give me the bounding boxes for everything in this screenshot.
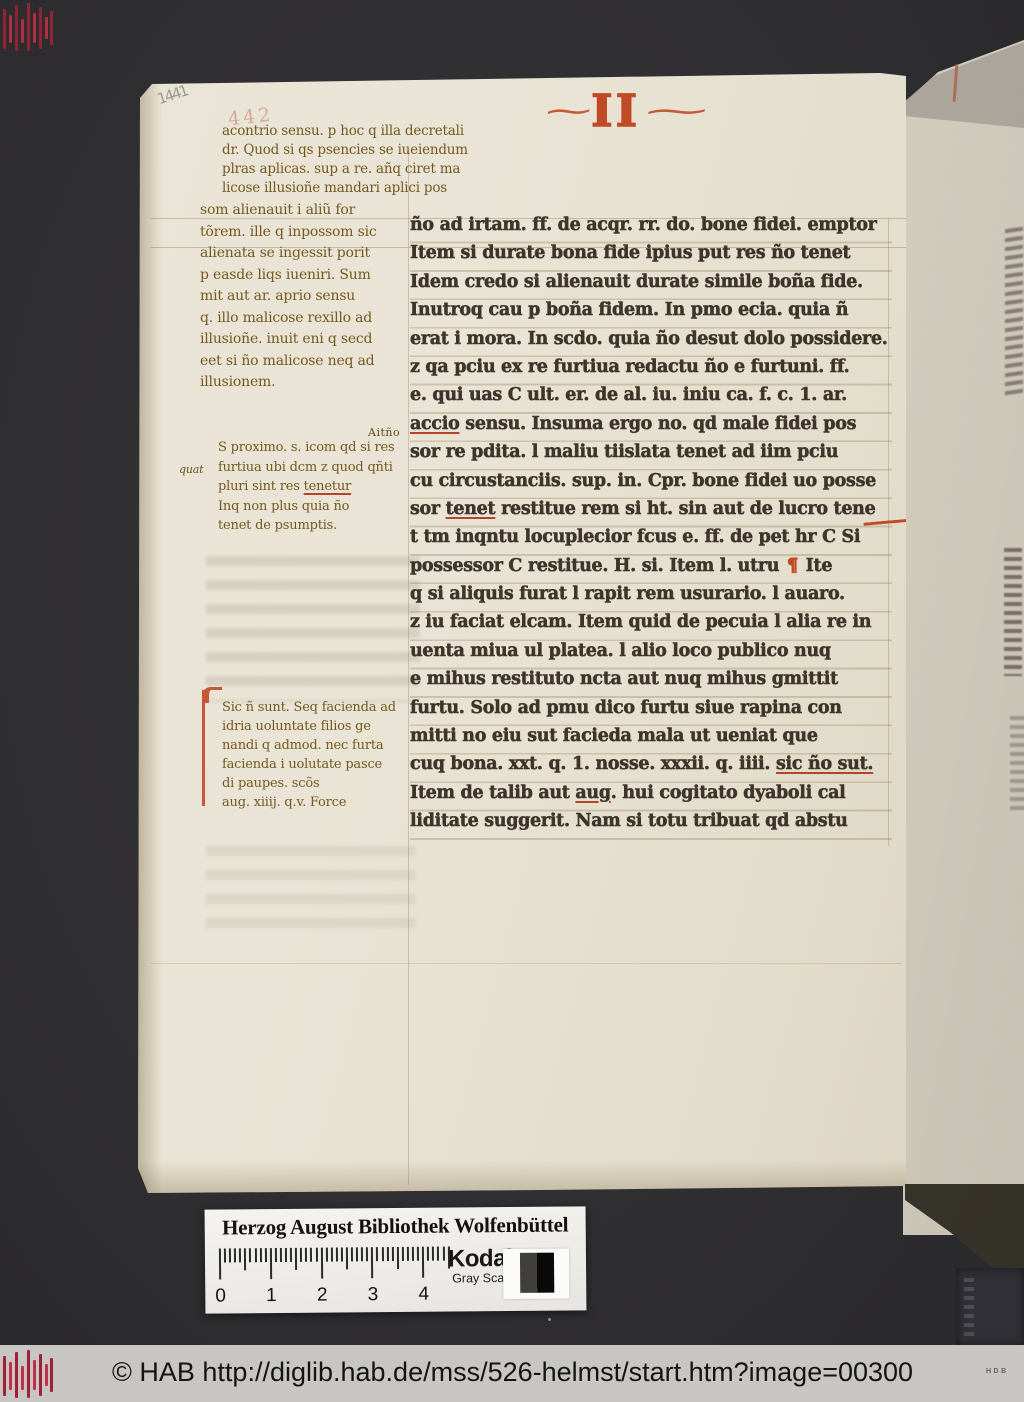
manuscript-text-line: eet si ño malicose neq ad bbox=[200, 351, 440, 373]
manuscript-text-line: z iu faciat elcam. Item quid de pecuia l… bbox=[410, 612, 892, 640]
folio-numeral: II bbox=[591, 85, 640, 136]
manuscript-text-line: e. qui uas C ult. er. de al. iu. iniu ca… bbox=[410, 385, 892, 413]
marginal-gloss-top: acontrio sensu. p hoc q illa decretalidr… bbox=[222, 122, 497, 198]
shadowed-ruler-reflection bbox=[956, 1268, 1024, 1346]
gray-scale-patch bbox=[503, 1248, 569, 1299]
scale-numbers: 01234 bbox=[219, 1283, 459, 1309]
manuscript-text-line: alienata se ingessit porit bbox=[200, 243, 440, 265]
main-text-block: ño ad irtam. ff. de acqr. rr. do. bone f… bbox=[410, 215, 892, 847]
manuscript-text-line: Idem credo si alienauit durate simile bo… bbox=[410, 272, 892, 300]
caption-bar: © HAB http://diglib.hab.de/mss/526-helms… bbox=[0, 1345, 1024, 1402]
corner-code-label: HDB bbox=[986, 1368, 1009, 1375]
manuscript-text-line: tõrem. ille q inpossom sic bbox=[200, 222, 440, 244]
manuscript-text-line: licose illusioñe mandari aplici pos bbox=[222, 179, 497, 198]
rubric-flourish-right: ∼ bbox=[639, 94, 714, 129]
manuscript-text-line: furtu. Solo ad pmu dico furtu siue rapin… bbox=[410, 698, 892, 726]
manuscript-text-line: erat i mora. In scdo. quia ño desut dolo… bbox=[410, 329, 892, 357]
manuscript-text-line: liditate suggerit. Nam si totu tribuat q… bbox=[410, 811, 892, 839]
fore-edge-text-fragment bbox=[1010, 716, 1024, 812]
manuscript-page: 1441 442 ∼II∼ acontrio sensu. p hoc q il… bbox=[0, 0, 1024, 1402]
marginal-gloss-top-continued: som alienauit i aliũ fortõrem. ille q in… bbox=[200, 200, 440, 394]
manuscript-text-line: q. illo malicose rexillo ad bbox=[200, 308, 440, 330]
manuscript-text-line: z qa pciu ex re furtiua redactu ño e fur… bbox=[410, 357, 892, 385]
manuscript-text-line: illusionem. bbox=[200, 372, 440, 394]
manuscript-text-line: mit aut ar. aprio sensu bbox=[200, 286, 440, 308]
manuscript-text-line: sor tenet restitue rem si ht. sin aut de… bbox=[410, 499, 892, 527]
fore-edge-text-fragment bbox=[1004, 548, 1022, 676]
manuscript-text-line: dr. Quod si qs psencies se iueiendum bbox=[222, 141, 497, 160]
fore-edge-text-fragment bbox=[1005, 227, 1023, 398]
red-paragraph-bracket bbox=[202, 690, 217, 806]
page-bottom-edge-shadow bbox=[140, 1160, 910, 1195]
manuscript-text-line: t tm inqntu locuplecior fcus e. ff. de p… bbox=[410, 527, 892, 555]
folio-number: ∼II∼ bbox=[556, 84, 689, 138]
manuscript-text-line: Item de talib aut aug. hui cogitato dyab… bbox=[410, 783, 892, 811]
manuscript-text-line: p easde liqs iueniri. Sum bbox=[200, 265, 440, 287]
show-through-texture bbox=[30, 54, 150, 1167]
show-through-text bbox=[206, 556, 420, 702]
manuscript-text-line: mitti no eiu sut facieda mala ut ueniat … bbox=[410, 726, 892, 754]
dust-speck bbox=[548, 1318, 551, 1321]
leaf-edge-line bbox=[19, 110, 21, 1190]
manuscript-text-line: possessor C restitue. H. si. Item l. utr… bbox=[410, 556, 892, 584]
centimeter-scale-ticks bbox=[219, 1246, 455, 1284]
calibration-stripes-icon bbox=[3, 1350, 57, 1400]
manuscript-text-line: q si aliquis furat l rapit rem usurario.… bbox=[410, 584, 892, 612]
manuscript-text-line: Inutroq cau p boña fidem. In pmo ecia. q… bbox=[410, 300, 892, 328]
digitized-manuscript-scan: 1441 442 ∼II∼ acontrio sensu. p hoc q il… bbox=[0, 0, 1024, 1402]
manuscript-text-line: acontrio sensu. p hoc q illa decretali bbox=[222, 122, 497, 141]
dim-text-streaks bbox=[964, 1278, 974, 1336]
manuscript-text-line: illusioñe. inuit eni q secd bbox=[200, 329, 440, 351]
manuscript-text-line: uenta miua ul platea. l alio loco public… bbox=[410, 641, 892, 669]
ruling-line bbox=[150, 963, 902, 964]
show-through-text bbox=[206, 846, 416, 940]
source-url-caption: © HAB http://diglib.hab.de/mss/526-helms… bbox=[112, 1357, 913, 1388]
manuscript-text-line: accio sensu. Insuma ergo no. qd male fid… bbox=[410, 414, 892, 442]
library-name-label: Herzog August Bibliothek Wolfenbüttel bbox=[205, 1212, 586, 1240]
reference-ruler-card: Herzog August Bibliothek Wolfenbüttel 01… bbox=[205, 1206, 587, 1313]
manuscript-text-line: Item si durate bona fide ipius put res ñ… bbox=[410, 243, 892, 271]
gray-black-patch-square bbox=[520, 1253, 554, 1293]
manuscript-text-line: cuq bona. xxt. q. 1. nosse. xxxii. q. ii… bbox=[410, 754, 892, 782]
manuscript-text-line: sor re pdita. l maliu tiislata tenet ad … bbox=[410, 442, 892, 470]
gloss-side-label: quat bbox=[179, 459, 203, 480]
manuscript-text-line: e mihus restituto ncta aut nuq mihus gmi… bbox=[410, 669, 892, 697]
manuscript-text-line: ño ad irtam. ff. de acqr. rr. do. bone f… bbox=[410, 215, 892, 243]
manuscript-text-line: plras aplicas. sup a re. añq ciret ma bbox=[222, 160, 497, 179]
manuscript-text-line: som alienauit i aliũ for bbox=[200, 200, 440, 222]
calibration-stripes-icon bbox=[3, 3, 57, 53]
rubric-flourish-left: ∼ bbox=[541, 94, 596, 129]
manuscript-text-line: cu circustanciis. sup. in. Cpr. bone fid… bbox=[410, 471, 892, 499]
